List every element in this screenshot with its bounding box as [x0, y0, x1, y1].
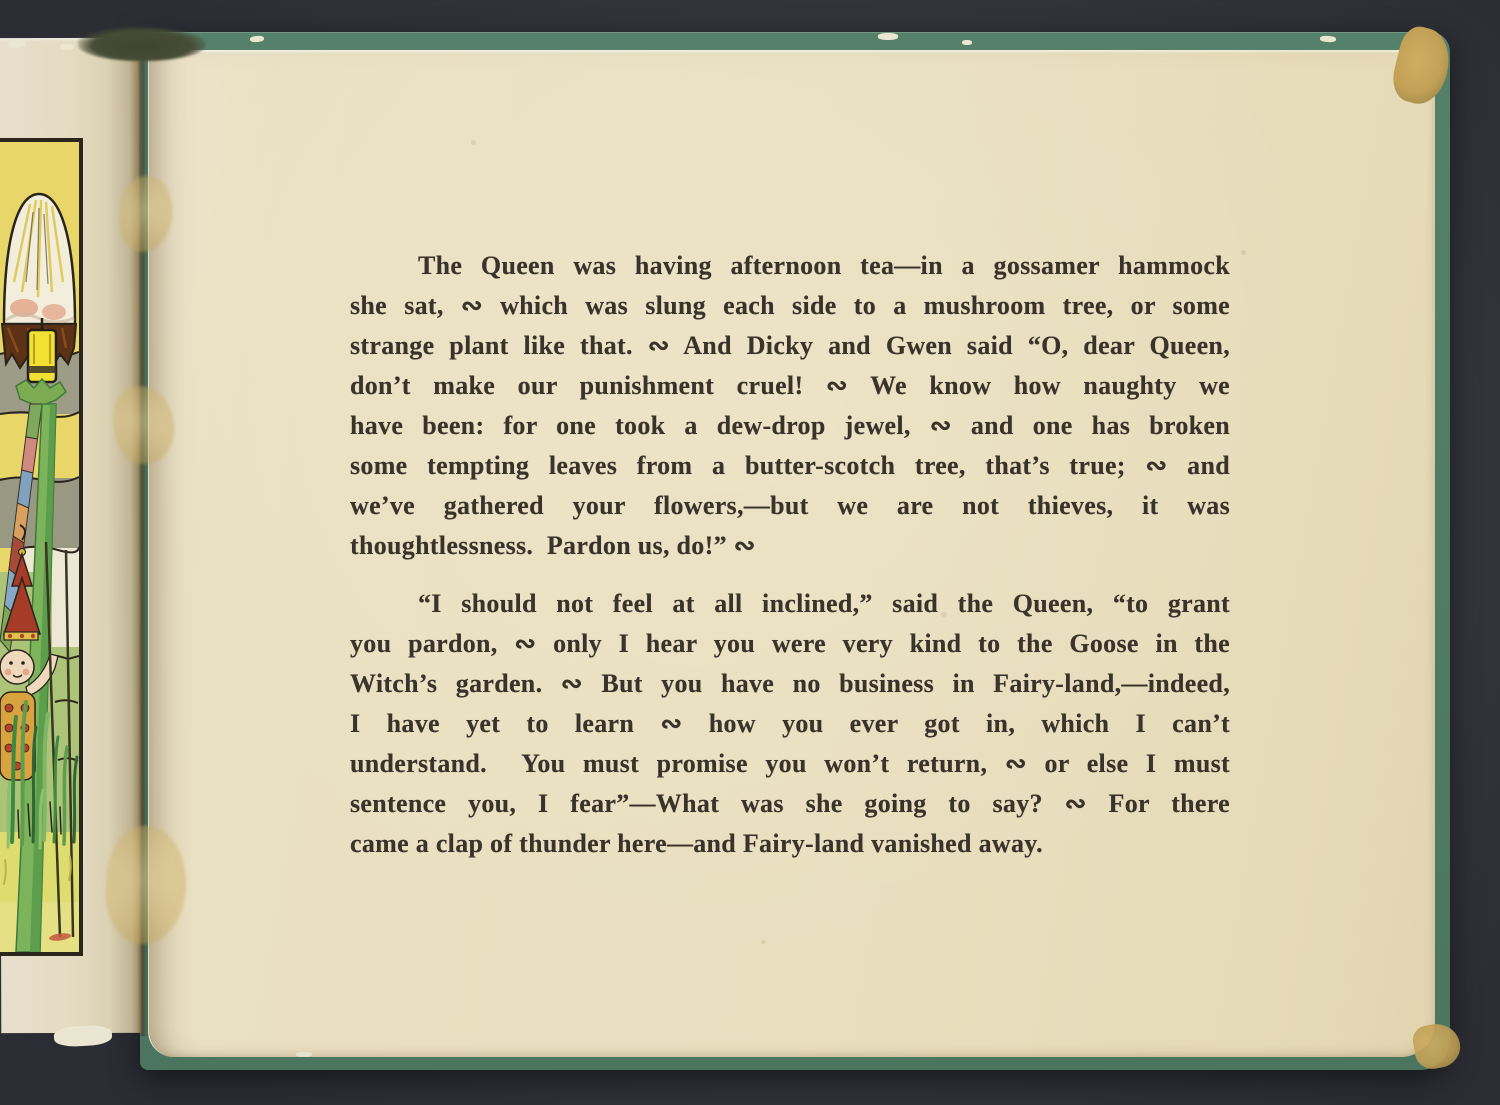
text-line: you pardon, ∾ only I hear you were very … [350, 624, 1230, 664]
paragraph-2: “I should not feel at all inclined,” sai… [350, 584, 1230, 864]
page-text-block: The Queen was having afternoon tea—in a … [350, 246, 1230, 864]
edge-chip [54, 1024, 113, 1047]
edge-chip [60, 44, 74, 50]
text-line: we’ve gathered your flowers,—but we are … [350, 486, 1230, 526]
paragraph-1: The Queen was having afternoon tea—in a … [350, 246, 1230, 566]
text-line: some tempting leaves from a butter-scotc… [350, 446, 1230, 486]
text-line: don’t make our punishment cruel! ∾ We kn… [350, 366, 1230, 406]
spine-fray [78, 27, 206, 61]
edge-chip [1320, 36, 1336, 43]
text-line: came a clap of thunder here—and Fairy-la… [350, 824, 1230, 864]
text-line: have been: for one took a dew-drop jewel… [350, 406, 1230, 446]
text-line: thoughtlessness. Pardon us, do!” ∾ [350, 526, 1230, 566]
scanned-book-photo: { "document_type": "scanned open book sp… [0, 0, 1500, 1105]
edge-chip [296, 1052, 312, 1057]
text-line: The Queen was having afternoon tea—in a … [350, 246, 1230, 286]
text-line: Witch’s garden. ∾ But you have no busine… [350, 664, 1230, 704]
paper-speck [471, 140, 476, 145]
text-line: strange plant like that. ∾ And Dicky and… [350, 326, 1230, 366]
text-line: she sat, ∾ which was slung each side to … [350, 286, 1230, 326]
paper-speck [1241, 250, 1246, 255]
text-line: understand. You must promise you won’t r… [350, 744, 1230, 784]
text-line: I have yet to learn ∾ how you ever got i… [350, 704, 1230, 744]
text-line: sentence you, I fear”—What was she going… [350, 784, 1230, 824]
edge-chip [962, 40, 972, 45]
left-page-illustration [0, 138, 83, 956]
text-line: “I should not feel at all inclined,” sai… [350, 584, 1230, 624]
edge-chip [878, 33, 898, 40]
paper-speck [761, 940, 766, 944]
